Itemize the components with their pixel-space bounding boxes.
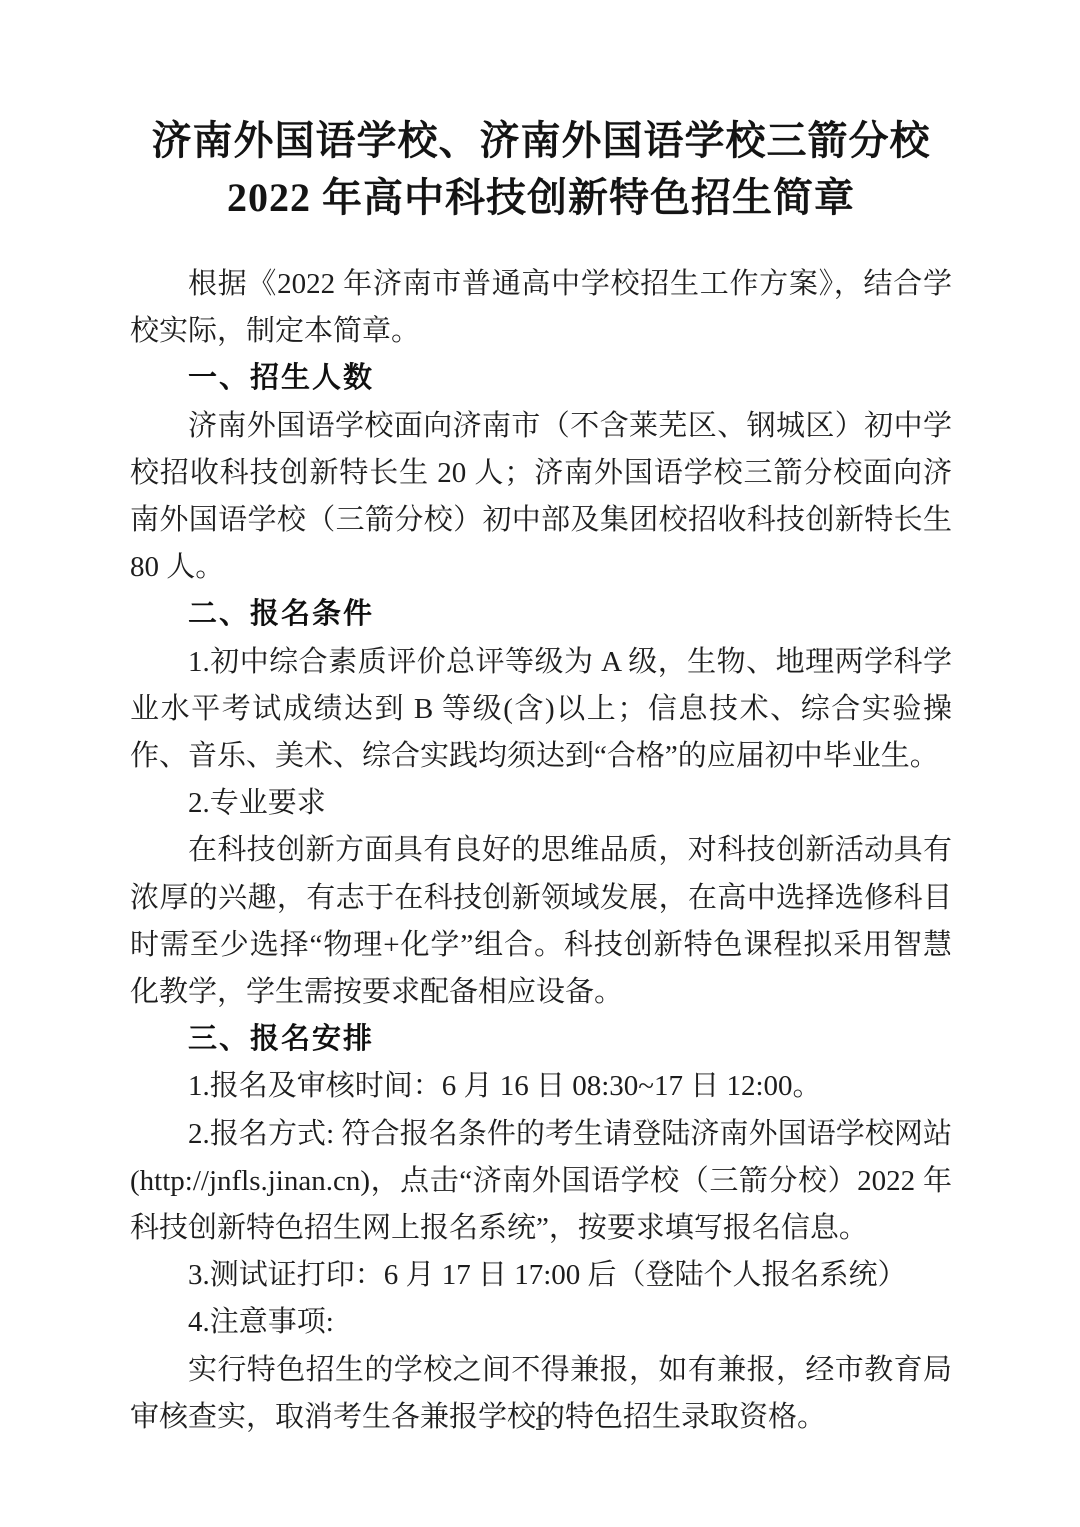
- document-body: 根据《2022 年济南市普通高中学校招生工作方案》，结合学校实际，制定本简章。一…: [130, 261, 952, 1441]
- body-paragraph: 在科技创新方面具有良好的思维品质，对科技创新活动具有浓厚的兴趣，有志于在科技创新…: [130, 827, 952, 1016]
- body-paragraph: 2.专业要求: [130, 780, 952, 827]
- document-page: 济南外国语学校、济南外国语学校三箭分校 2022 年高中科技创新特色招生简章 根…: [0, 0, 1080, 1527]
- body-paragraph: 3.测试证打印：6 月 17 日 17:00 后（登陆个人报名系统）: [130, 1252, 952, 1299]
- title-line-1: 济南外国语学校、济南外国语学校三箭分校: [130, 112, 952, 169]
- document-content: 济南外国语学校、济南外国语学校三箭分校 2022 年高中科技创新特色招生简章 根…: [130, 112, 952, 1441]
- body-paragraph: 4.注意事项:: [130, 1299, 952, 1346]
- section-heading: 三、报名安排: [130, 1016, 952, 1063]
- title-line-2: 2022 年高中科技创新特色招生简章: [130, 169, 952, 226]
- document-title: 济南外国语学校、济南外国语学校三箭分校 2022 年高中科技创新特色招生简章: [130, 112, 952, 226]
- body-paragraph: 1.初中综合素质评价总评等级为 A 级，生物、地理两学科学业水平考试成绩达到 B…: [130, 639, 952, 781]
- section-heading: 二、报名条件: [130, 591, 952, 638]
- body-paragraph: 济南外国语学校面向济南市（不含莱芜区、钢城区）初中学校招收科技创新特长生 20 …: [130, 403, 952, 592]
- body-paragraph: 1.报名及审核时间：6 月 16 日 08:30~17 日 12:00。: [130, 1063, 952, 1110]
- body-paragraph: 根据《2022 年济南市普通高中学校招生工作方案》，结合学校实际，制定本简章。: [130, 261, 952, 355]
- section-heading: 一、招生人数: [130, 355, 952, 402]
- page-number: 1: [0, 1413, 1080, 1436]
- body-paragraph: 2.报名方式: 符合报名条件的考生请登陆济南外国语学校网站(http://jnf…: [130, 1111, 952, 1253]
